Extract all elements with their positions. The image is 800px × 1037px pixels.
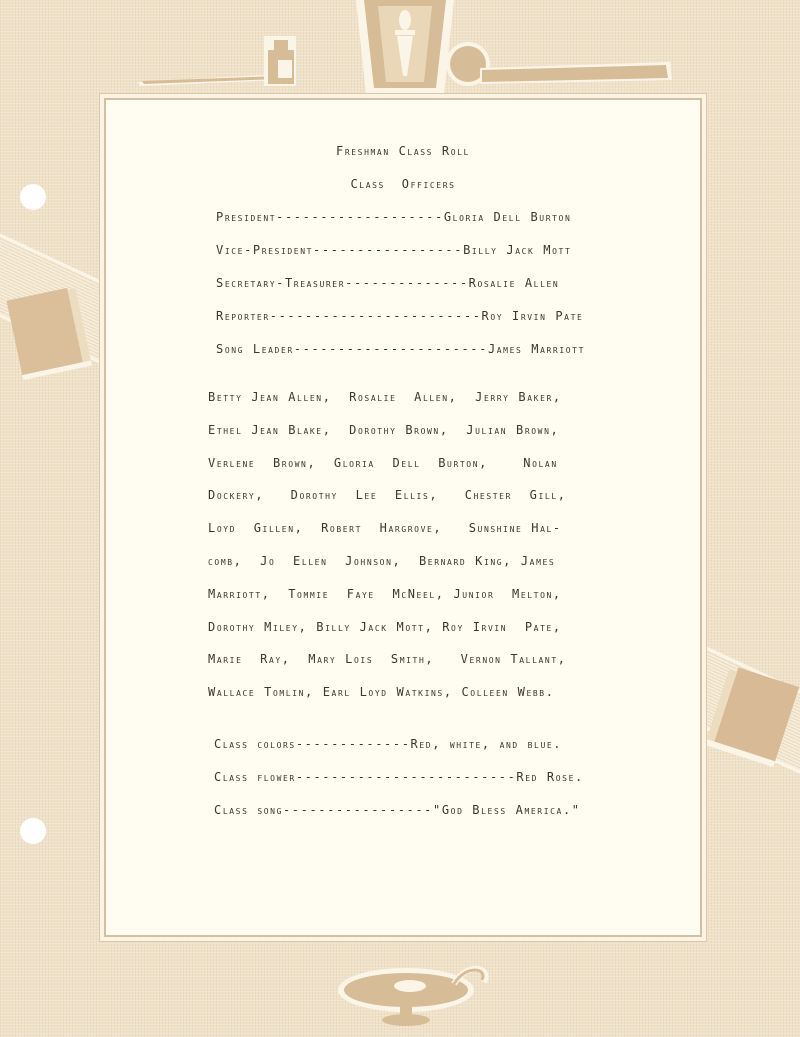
roll-line: Marriott, Tommie Faye McNeel, Junior Mel…: [208, 587, 562, 601]
top-ornament: [130, 0, 680, 96]
oil-lamp-icon: [336, 960, 496, 1030]
officer-row: Reporter------------------------Roy Irvi…: [216, 309, 583, 323]
keystone-torch-icon: [356, 0, 454, 94]
roll-line: Dockery, Dorothy Lee Ellis, Chester Gill…: [208, 488, 567, 502]
book-icon: [704, 664, 800, 768]
inkwell-icon: [264, 36, 296, 86]
officer-row: President-------------------Gloria Dell …: [216, 210, 571, 224]
pipe-icon: [446, 42, 672, 86]
roll-line: Marie Ray, Mary Lois Smith, Vernon Talla…: [208, 652, 567, 666]
roll-line: Verlene Brown, Gloria Dell Burton, Nolan: [208, 456, 558, 470]
officer-row: Vice-President-----------------Billy Jac…: [216, 243, 571, 257]
book-icon: [4, 282, 100, 382]
roll-line: Betty Jean Allen, Rosalie Allen, Jerry B…: [208, 390, 562, 404]
document-content: Freshman Class Roll Class Officers Presi…: [106, 100, 700, 935]
officer-row: Song Leader----------------------James M…: [216, 342, 585, 356]
hole-punch-bottom: [20, 818, 46, 844]
roll-line: comb, Jo Ellen Johnson, Bernard King, Ja…: [208, 554, 555, 568]
class-info-row: Class colors-------------Red, white, and…: [214, 737, 562, 751]
officer-row: Secretary-Treasurer--------------Rosalie…: [216, 276, 559, 290]
hole-punch-top: [20, 184, 46, 210]
document-panel: Freshman Class Roll Class Officers Presi…: [104, 98, 702, 937]
pen-icon: [138, 74, 282, 86]
roll-line: Ethel Jean Blake, Dorothy Brown, Julian …: [208, 423, 559, 437]
roll-line: Dorothy Miley, Billy Jack Mott, Roy Irvi…: [208, 620, 562, 634]
class-info-row: Class song-----------------"God Bless Am…: [214, 803, 581, 817]
roll-line: Loyd Gillen, Robert Hargrove, Sunshine H…: [208, 521, 562, 535]
section-heading-officers: Class Officers: [106, 177, 700, 191]
roll-line: Wallace Tomlin, Earl Loyd Watkins, Colle…: [208, 685, 555, 699]
class-info-row: Class flower-------------------------Red…: [214, 770, 584, 784]
page-title: Freshman Class Roll: [106, 144, 700, 158]
